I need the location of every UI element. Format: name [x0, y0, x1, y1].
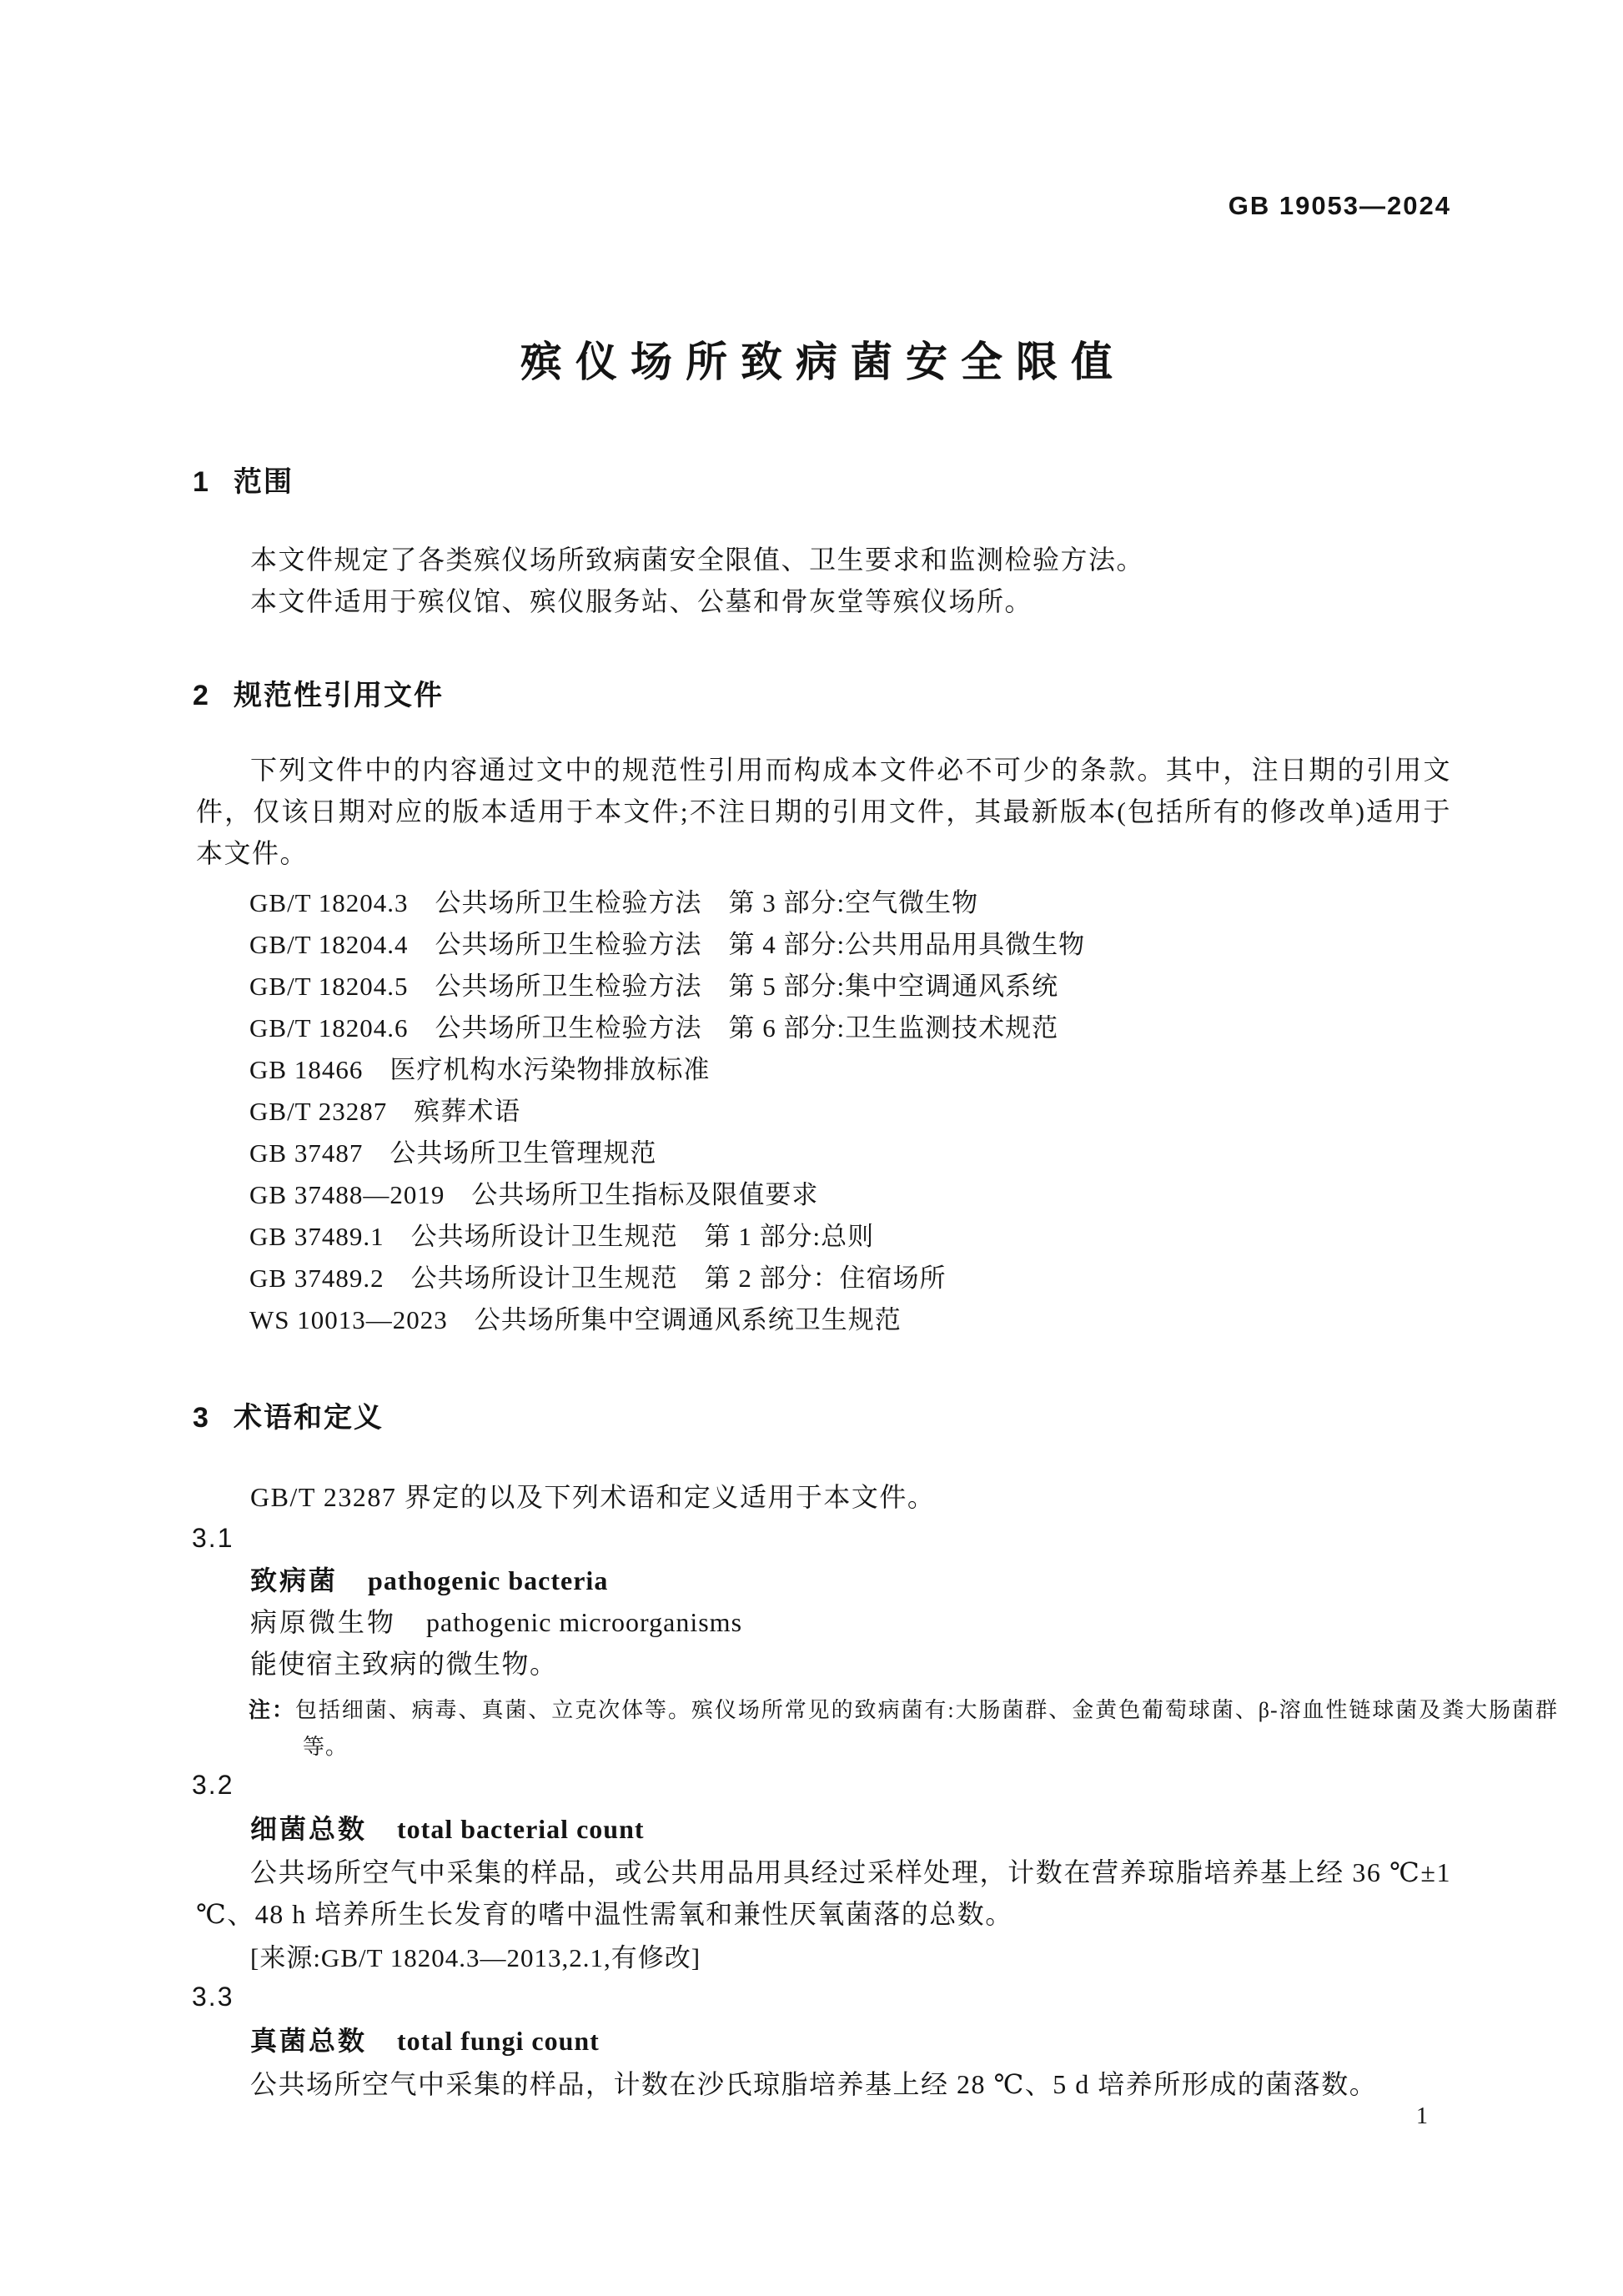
scope-paragraph-1: 本文件规定了各类殡仪场所致病菌安全限值、卫生要求和监测检验方法。: [250, 539, 1144, 580]
document-title: 殡仪场所致病菌安全限值: [198, 329, 1449, 389]
term-3-3-english: total fungi count: [397, 2026, 600, 2056]
term-3-2-english: total bacterial count: [397, 1814, 645, 1844]
reference-item: WS 10013—2023 公共场所集中空调通风系统卫生规范: [249, 1299, 1085, 1341]
standard-document-page: GB 19053—2024 殡仪场所致病菌安全限值 1范围 本文件规定了各类殡仪…: [0, 0, 1623, 2296]
note-label: 注：: [249, 1697, 295, 1722]
reference-item: GB 37489.1 公共场所设计卫生规范 第 1 部分:总则: [249, 1216, 1085, 1258]
term-3-3-definition: 公共场所空气中采集的样品，计数在沙氏琼脂培养基上经 28 ℃、5 d 培养所形成…: [250, 2063, 1377, 2105]
section-2-title: 规范性引用文件: [234, 680, 444, 711]
term-3-1-chinese: 致病菌: [250, 1565, 338, 1595]
reference-item: GB/T 18204.4 公共场所卫生检验方法 第 4 部分:公共用品用具微生物: [249, 924, 1085, 966]
section-3-heading: 3术语和定义: [193, 1394, 384, 1435]
clause-number-3-2: 3.2: [192, 1770, 234, 1801]
term-3-1-definition: 能使宿主致病的微生物。: [250, 1643, 558, 1685]
section-2-number: 2: [193, 680, 234, 712]
reference-item: GB 37489.2 公共场所设计卫生规范 第 2 部分：住宿场所: [249, 1258, 1085, 1299]
reference-item: GB 18466 医疗机构水污染物排放标准: [249, 1049, 1085, 1091]
section-3-title: 术语和定义: [234, 1402, 384, 1434]
term-3-1-synonym: 病原微生物pathogenic microorganisms: [250, 1603, 742, 1641]
section-1-number: 1: [193, 466, 234, 499]
term-3-1-english: pathogenic bacteria: [368, 1565, 608, 1595]
clause-number-3-3: 3.3: [192, 1982, 234, 2012]
reference-item: GB/T 23287 殡葬术语: [249, 1091, 1085, 1133]
term-3-1: 致病菌pathogenic bacteria: [250, 1561, 608, 1600]
standard-code-header: GB 19053—2024: [1229, 191, 1451, 221]
term-3-2: 细菌总数total bacterial count: [250, 1810, 645, 1848]
term-3-2-source: [来源:GB/T 18204.3—2013,2.1,有修改]: [250, 1937, 701, 1974]
scope-paragraph-2: 本文件适用于殡仪馆、殡仪服务站、公墓和骨灰堂等殡仪场所。: [250, 580, 1033, 622]
normative-references-intro: 下列文件中的内容通过文中的规范性引用而构成本文件必不可少的条款。其中，注日期的引…: [196, 749, 1451, 874]
term-3-2-chinese: 细菌总数: [250, 1814, 367, 1844]
terms-intro: GB/T 23287 界定的以及下列术语和定义适用于本文件。: [250, 1476, 935, 1518]
page-number: 1: [1416, 2103, 1428, 2130]
term-3-3: 真菌总数total fungi count: [250, 2022, 600, 2060]
reference-item: GB 37487 公共场所卫生管理规范: [249, 1133, 1085, 1174]
normative-references-list: GB/T 18204.3 公共场所卫生检验方法 第 3 部分:空气微生物 GB/…: [249, 882, 1085, 1341]
note-text: 包括细菌、病毒、真菌、立克次体等。殡仪场所常见的致病菌有:大肠菌群、金黄色葡萄球…: [295, 1698, 1558, 1759]
section-1-title: 范围: [234, 466, 294, 498]
reference-item: GB/T 18204.3 公共场所卫生检验方法 第 3 部分:空气微生物: [249, 882, 1085, 924]
section-3-number: 3: [193, 1402, 234, 1434]
term-3-1-note: 注：包括细菌、病毒、真菌、立克次体等。殡仪场所常见的致病菌有:大肠菌群、金黄色葡…: [196, 1691, 1558, 1766]
reference-item: GB 37488—2019 公共场所卫生指标及限值要求: [249, 1174, 1085, 1216]
term-3-2-definition: 公共场所空气中采集的样品，或公共用品用具经过采样处理，计数在营养琼脂培养基上经 …: [196, 1851, 1451, 1935]
section-1-heading: 1范围: [193, 459, 294, 500]
term-3-3-chinese: 真菌总数: [250, 2026, 367, 2056]
term-3-1-synonym-english: pathogenic microorganisms: [426, 1607, 742, 1637]
reference-item: GB/T 18204.6 公共场所卫生检验方法 第 6 部分:卫生监测技术规范: [249, 1007, 1085, 1049]
section-2-heading: 2规范性引用文件: [193, 672, 444, 713]
term-3-1-synonym-chinese: 病原微生物: [250, 1607, 396, 1637]
reference-item: GB/T 18204.5 公共场所卫生检验方法 第 5 部分:集中空调通风系统: [249, 966, 1085, 1007]
clause-number-3-1: 3.1: [192, 1523, 234, 1554]
